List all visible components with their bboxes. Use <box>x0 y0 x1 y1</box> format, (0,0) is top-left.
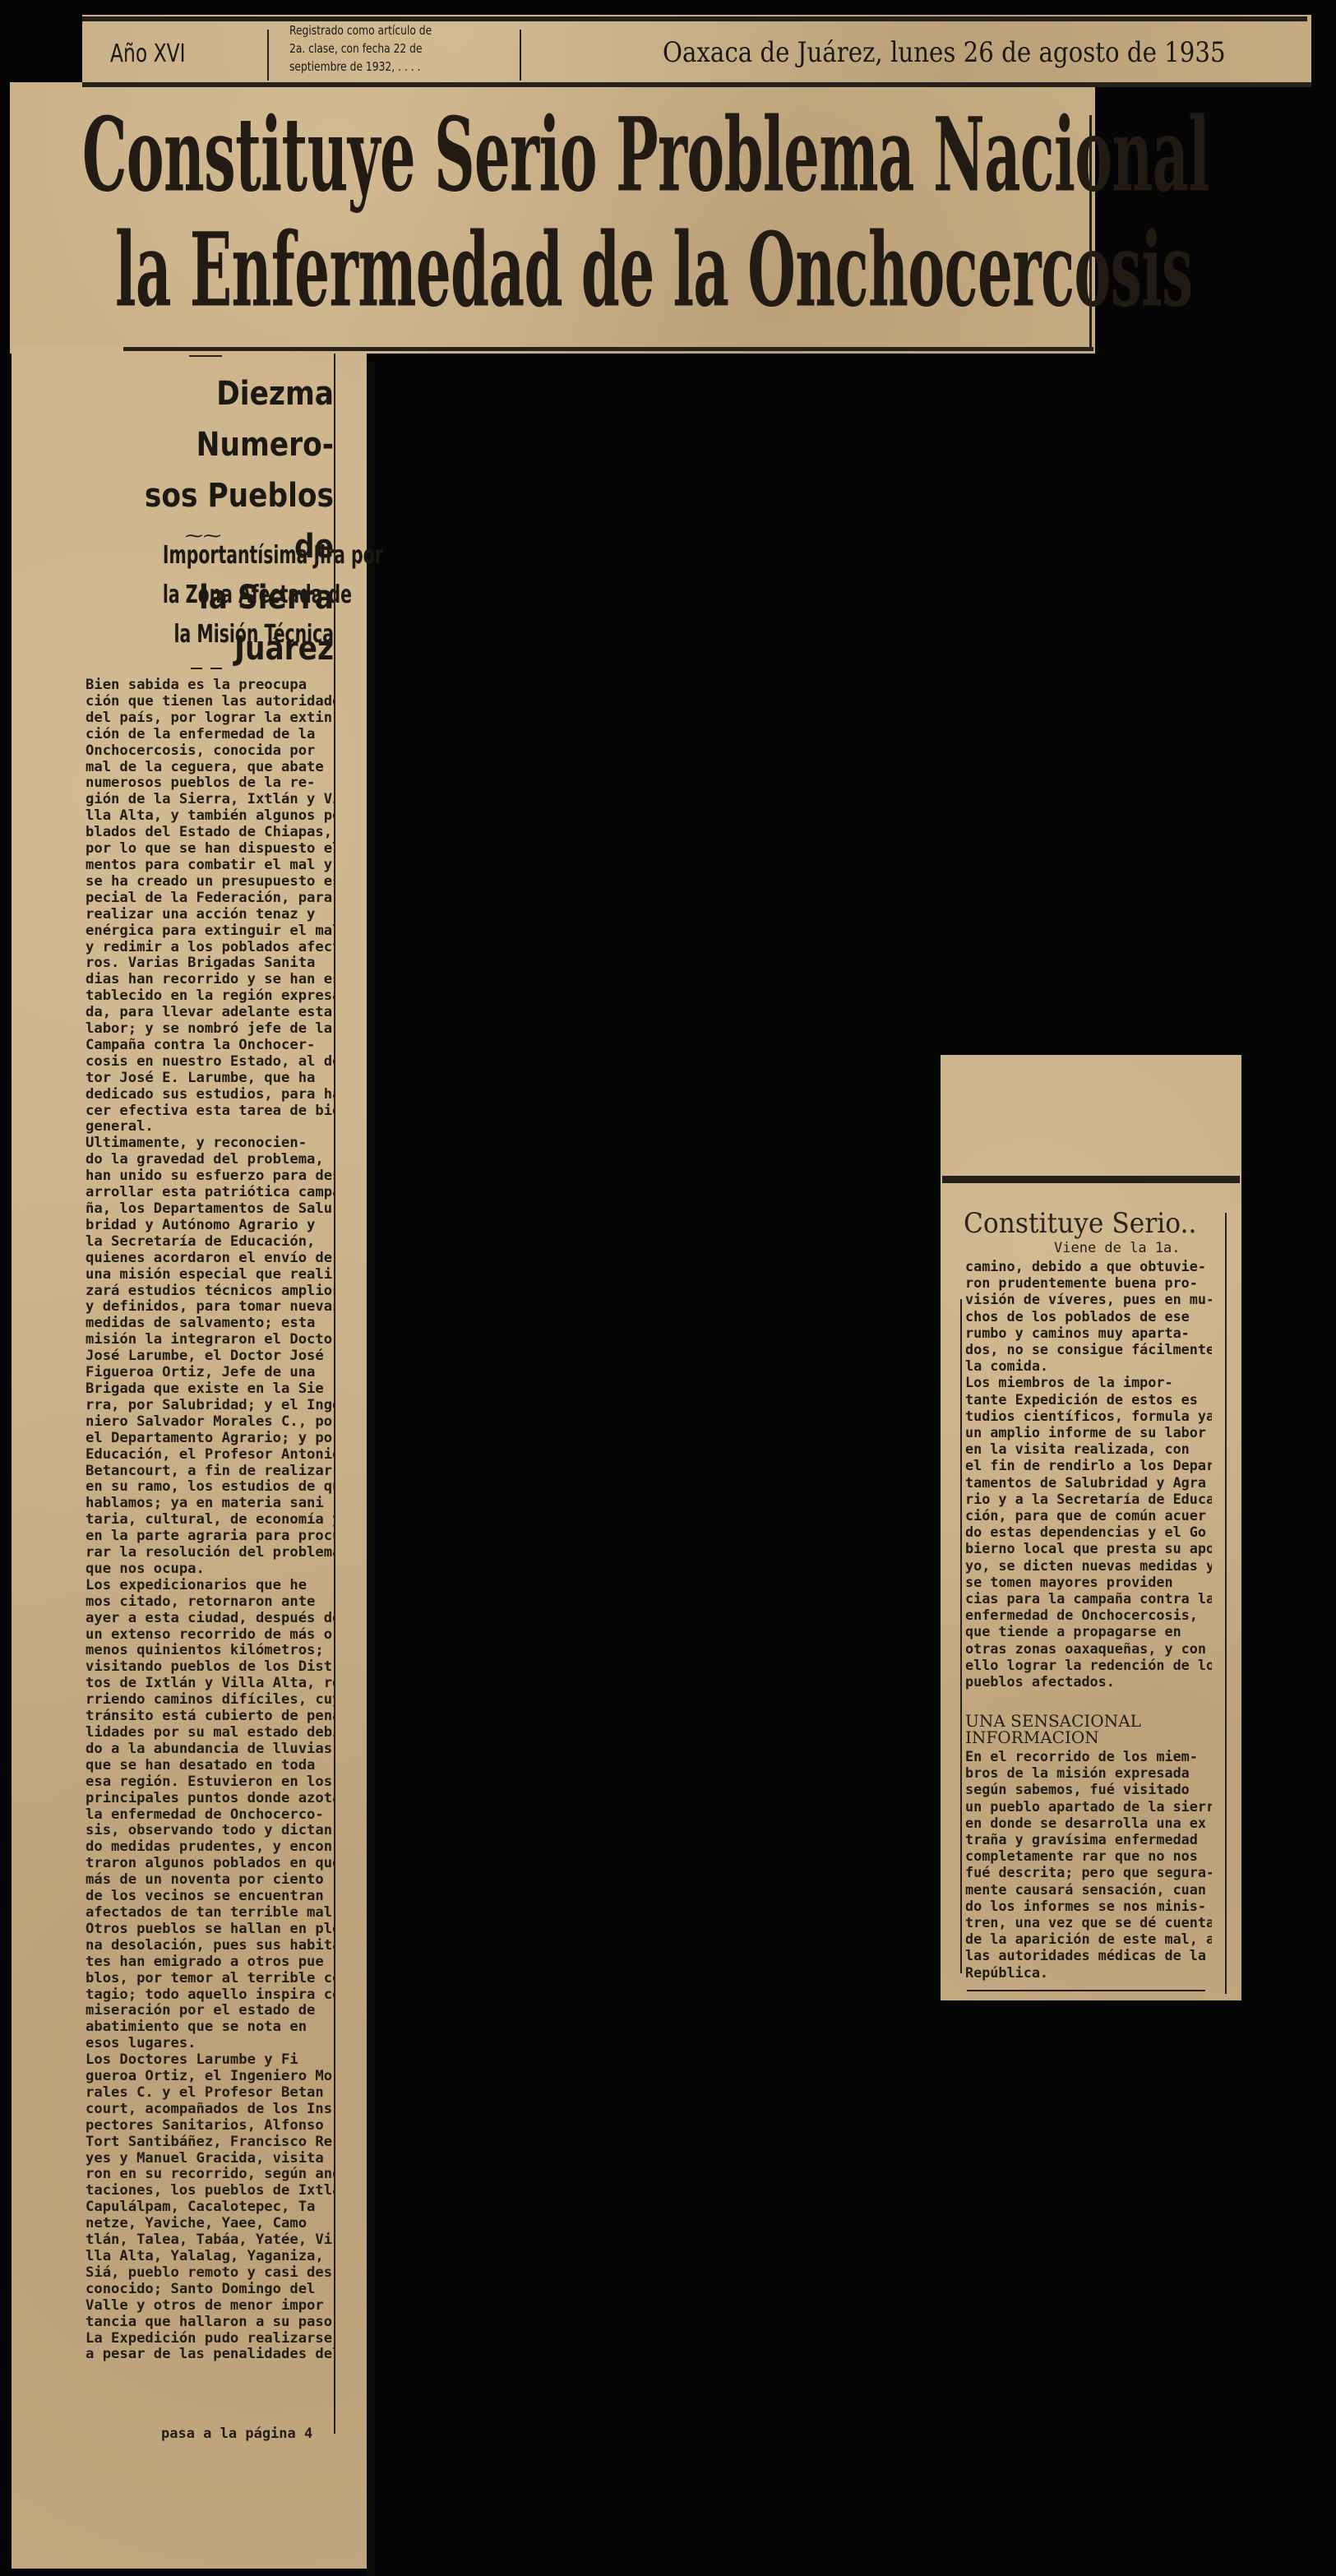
text-line: enfermedad de Onchocercosis, <box>965 1607 1212 1623</box>
text-line: en la visita realizada, con <box>965 1441 1212 1457</box>
text-line: visitando pueblos de los Distri <box>86 1659 334 1676</box>
registration-line: 2a. clase, con fecha 22 de <box>289 39 478 58</box>
text-line: tes han emigrado a otros pue <box>86 1954 334 1971</box>
text-line: netze, Yaviche, Yaee, Camo <box>86 2216 334 2232</box>
text-line: se ha creado un presupuesto es <box>86 874 334 890</box>
text-line: la comida. <box>965 1357 1212 1374</box>
text-line: de los vecinos se encuentran <box>86 1889 334 1905</box>
text-line: lla Alta, y también algunos po- <box>86 808 334 825</box>
text-line: arrollar esta patriótica campa- <box>86 1185 334 1201</box>
separator-dash <box>189 355 222 357</box>
text-line: yo, se dicten nuevas medidas y <box>965 1557 1212 1574</box>
text-line: tlán, Talea, Tabáa, Yatée, Vi <box>86 2232 334 2249</box>
text-line: niero Salvador Morales C., por <box>86 1414 334 1431</box>
masthead: Año XVI Registrado como artículo de 2a. … <box>82 15 1311 87</box>
text-line: ros. Varias Brigadas Sanita <box>86 955 334 972</box>
text-line: Capulálpam, Cacalotepec, Ta <box>86 2199 334 2216</box>
text-line: visión de víveres, pues en mu- <box>965 1291 1212 1307</box>
text-line: realizar una acción tenaz y <box>86 907 334 923</box>
masthead-divider <box>520 30 521 81</box>
masthead-bottom-rule <box>82 82 1311 87</box>
text-line: Tort Santibáñez, Francisco Re <box>86 2134 334 2151</box>
text-line: court, acompañados de los Ins <box>86 2102 334 2118</box>
text-line: cer efectiva esta tarea de bien <box>86 1103 334 1120</box>
text-line: han unido su esfuerzo para des <box>86 1168 334 1185</box>
jump-line: pasa a la página 4 <box>161 2426 312 2442</box>
text-line: mal de la ceguera, que abate <box>86 760 334 776</box>
subheadline-secondary: Importantísima Jira por la Zona Afectada… <box>82 536 334 654</box>
headline-line-2: la Enfermedad de la Onchocercosis <box>115 210 673 331</box>
text-line: blados del Estado de Chiapas, <box>86 825 334 841</box>
text-line: en su ramo, los estudios de que <box>86 1479 334 1496</box>
text-line: rar la resolución del problema <box>86 1545 334 1561</box>
text-line: Campaña contra la Onchocer- <box>86 1038 334 1054</box>
text-line: rumbo y caminos muy aparta- <box>965 1325 1212 1341</box>
text-line: en donde se desarrolla una ex <box>965 1815 1212 1831</box>
text-line: quienes acordaron el envío de <box>86 1251 334 1267</box>
continuation-subheading: UNA SENSACIONAL INFORMACION <box>965 1713 1141 1746</box>
text-line: República. <box>965 1964 1212 1981</box>
text-line: tagio; todo aquello inspira con <box>86 1987 334 2004</box>
continuation-side-rule <box>960 1299 962 1973</box>
text-line: enérgica para extinguir el mal <box>86 923 334 940</box>
text-line: chos de los poblados de ese <box>965 1308 1212 1325</box>
continuation-side-rule <box>1225 1213 1227 1994</box>
text-line: blos, por temor al terrible con <box>86 1971 334 1987</box>
headline-side-rule <box>1089 115 1092 349</box>
text-line: que nos ocupa. <box>86 1561 334 1578</box>
text-line: menos quinientos kilómetros; <box>86 1643 334 1659</box>
text-line: do la gravedad del problema, <box>86 1152 334 1168</box>
text-line: rales C. y el Profesor Betan <box>86 2085 334 2102</box>
text-line: ción que tienen las autoridades <box>86 694 334 710</box>
text-line: que tiende a propagarse en <box>965 1623 1212 1639</box>
text-line: principales puntos donde azota <box>86 1791 334 1807</box>
subheadline-line: Diezma Numero- <box>122 368 334 470</box>
column-rule <box>334 354 335 2434</box>
text-line: pectores Sanitarios, Alfonso <box>86 2118 334 2134</box>
text-line: camino, debido a que obtuvie- <box>965 1258 1212 1274</box>
text-line: taria, cultural, de economía y <box>86 1512 334 1528</box>
text-line: yes y Manuel Gracida, visita <box>86 2151 334 2167</box>
text-line: do los informes se nos minis- <box>965 1898 1212 1914</box>
text-line: del país, por lograr la extin- <box>86 710 334 727</box>
text-line: Brigada que existe en la Sie <box>86 1381 334 1398</box>
text-line: ción de la enfermedad de la <box>86 727 334 743</box>
text-line: Siá, pueblo remoto y casi des <box>86 2265 334 2282</box>
text-line: mentos para combatir el mal y <box>86 858 334 874</box>
main-headline: Constituye Serio Problema Nacional la En… <box>82 95 1093 325</box>
subheadline-line: la Zona Afectada de <box>163 576 334 615</box>
subheading-line: UNA SENSACIONAL <box>965 1713 1141 1729</box>
text-line: dedicado sus estudios, para ha <box>86 1087 334 1103</box>
text-line: las autoridades médicas de la <box>965 1947 1212 1963</box>
subheadline-line: la Misión Técnica <box>163 615 334 654</box>
text-line: taciones, los pueblos de Ixtlán, <box>86 2183 334 2199</box>
continuation-bottom-rule <box>967 1990 1205 1991</box>
text-line: tos de Ixtlán y Villa Alta, reco <box>86 1676 334 1692</box>
text-line: na desolación, pues sus habitan <box>86 1938 334 1954</box>
continued-from-label: Viene de la 1a. <box>1054 1240 1181 1256</box>
text-line: tren, una vez que se dé cuenta <box>965 1914 1212 1931</box>
registration-line: Registrado como artículo de <box>289 21 478 39</box>
text-line: da, para llevar adelante esta <box>86 1005 334 1021</box>
text-line: de la aparición de este mal, a <box>965 1931 1212 1947</box>
masthead-top-rule <box>82 16 1307 21</box>
text-line: Educación, el Profesor Antonio <box>86 1447 334 1464</box>
continuation-title: Constituye Serio.. <box>964 1207 1196 1240</box>
text-line: numerosos pueblos de la re- <box>86 775 334 792</box>
text-line: un pueblo apartado de la sierra <box>965 1798 1212 1815</box>
text-line: medidas de salvamento; esta <box>86 1316 334 1332</box>
text-line: Los miembros de la impor- <box>965 1374 1212 1390</box>
text-line: lla Alta, Yalalag, Yaganiza, <box>86 2249 334 2265</box>
text-line: La Expedición pudo realizarse <box>86 2331 334 2347</box>
text-line: bros de la misión expresada <box>965 1764 1212 1781</box>
text-line: el fin de rendirlo a los Depar- <box>965 1457 1212 1473</box>
text-line: traña y gravísima enfermedad <box>965 1831 1212 1848</box>
clipping-edge-shadow <box>367 362 375 2576</box>
text-line: ña, los Departamentos de Salu <box>86 1201 334 1218</box>
masthead-divider <box>267 30 269 81</box>
text-line: según sabemos, fué visitado <box>965 1781 1212 1797</box>
text-line: tamentos de Salubridad y Agra <box>965 1474 1212 1491</box>
text-line: tor José E. Larumbe, que ha <box>86 1071 334 1087</box>
text-line: una misión especial que reali <box>86 1267 334 1283</box>
text-line: tránsito está cubierto de pena <box>86 1709 334 1725</box>
text-line: ron en su recorrido, según ano <box>86 2167 334 2183</box>
text-line: ello lograr la redención de los <box>965 1657 1212 1673</box>
text-line: a pesar de las penalidades del <box>86 2347 334 2363</box>
text-line: bridad y Autónomo Agrario y <box>86 1218 334 1234</box>
text-line: miseración por el estado de <box>86 2003 334 2019</box>
text-line: esa región. Estuvieron en los <box>86 1774 334 1791</box>
registration-note: Registrado como artículo de 2a. clase, c… <box>289 21 478 76</box>
headline-bottom-rule <box>123 347 1093 351</box>
text-line: en la parte agraria para procu <box>86 1528 334 1545</box>
continuation-body: camino, debido a que obtuvie-ron prudent… <box>965 1258 1212 1690</box>
text-line: y redimir a los poblados afecta <box>86 940 334 956</box>
text-line: do estas dependencias y el Go <box>965 1524 1212 1540</box>
text-line: por lo que se han dispuesto ele <box>86 841 334 858</box>
text-line: Bien sabida es la preocupa <box>86 678 334 694</box>
text-line: rra, por Salubridad; y el Inge <box>86 1398 334 1414</box>
text-line: que se han desatado en toda <box>86 1758 334 1774</box>
text-line: un extenso recorrido de más o <box>86 1627 334 1644</box>
text-line: abatimiento que se nota en <box>86 2019 334 2036</box>
text-line: Figueroa Ortiz, Jefe de una <box>86 1365 334 1381</box>
year-label: Año XVI <box>110 39 186 68</box>
text-line: la enfermedad de Onchocerco- <box>86 1807 334 1824</box>
text-line: gueroa Ortiz, el Ingeniero Mo <box>86 2069 334 2085</box>
text-line: la Secretaría de Educación, <box>86 1234 334 1251</box>
text-line: hablamos; ya en materia sani <box>86 1496 334 1512</box>
dateline: Oaxaca de Juárez, lunes 26 de agosto de … <box>663 36 1226 69</box>
article-body: Bien sabida es la preocupación que tiene… <box>86 678 334 2363</box>
text-line: Betancourt, a fin de realizar <box>86 1464 334 1480</box>
text-line: otras zonas oaxaqueñas, y con <box>965 1640 1212 1657</box>
text-line: Valle y otros de menor impor <box>86 2298 334 2315</box>
text-line: general. <box>86 1119 334 1135</box>
text-line: Otros pueblos se hallan en ple <box>86 1922 334 1938</box>
text-line: conocido; Santo Domingo del <box>86 2282 334 2298</box>
text-line: rio y a la Secretaría de Educa- <box>965 1491 1212 1507</box>
text-line: dias han recorrido y se han es- <box>86 972 334 988</box>
text-line: pecial de la Federación, para <box>86 890 334 907</box>
text-line: y definidos, para tomar nuevas <box>86 1299 334 1316</box>
text-line: misión la integraron el Doctor <box>86 1332 334 1348</box>
text-line: tancia que hallaron a su paso. <box>86 2315 334 2331</box>
text-line: ayer a esta ciudad, después de <box>86 1611 334 1627</box>
text-line: completamente rar que no nos <box>965 1848 1212 1864</box>
text-line: Los Doctores Larumbe y Fi <box>86 2052 334 2069</box>
text-line: lidades por su mal estado debi <box>86 1725 334 1741</box>
text-line: ron prudentemente buena pro- <box>965 1274 1212 1291</box>
text-line: dos, no se consigue fácilmente <box>965 1341 1212 1357</box>
text-line: rriendo caminos difíciles, cuyo <box>86 1692 334 1709</box>
text-line: tablecido en la región expresa <box>86 988 334 1005</box>
separator-dash <box>191 668 202 669</box>
headline-line-1: Constituye Serio Problema Nacional <box>82 95 668 215</box>
text-line: sis, observando todo y dictan <box>86 1823 334 1839</box>
text-line: labor; y se nombró jefe de la <box>86 1021 334 1038</box>
text-line: más de un noventa por ciento <box>86 1872 334 1889</box>
text-line: ción, para que de común acuer <box>965 1507 1212 1524</box>
subheadline-line: Importantísima Jira por <box>163 536 334 576</box>
text-line: José Larumbe, el Doctor José <box>86 1348 334 1365</box>
text-line: gión de la Sierra, Ixtlán y Vi <box>86 792 334 808</box>
text-line: Onchocercosis, conocida por <box>86 743 334 760</box>
registration-line: septiembre de 1932, . . . . <box>289 58 478 76</box>
text-line: mente causará sensación, cuan <box>965 1881 1212 1898</box>
text-line: el Departamento Agrario; y por <box>86 1431 334 1447</box>
text-line: zará estudios técnicos amplios <box>86 1283 334 1300</box>
text-line: Ultimamente, y reconocien- <box>86 1135 334 1152</box>
text-line: mos citado, retornaron ante <box>86 1594 334 1611</box>
text-line: un amplio informe de su labor <box>965 1424 1212 1441</box>
text-line: fué descrita; pero que segura- <box>965 1864 1212 1880</box>
subheading-line: INFORMACION <box>965 1729 1141 1746</box>
text-line: tudios científicos, formula ya <box>965 1408 1212 1424</box>
text-line: cosis en nuestro Estado, al doc <box>86 1054 334 1071</box>
text-line: esos lugares. <box>86 2036 334 2052</box>
text-line: cias para la campaña contra la <box>965 1590 1212 1607</box>
text-line: do a la abundancia de lluvias, <box>86 1741 334 1758</box>
text-line: En el recorrido de los miem- <box>965 1748 1212 1764</box>
text-line: pueblos afectados. <box>965 1673 1212 1690</box>
continuation-body-2: En el recorrido de los miem-bros de la m… <box>965 1748 1212 1981</box>
text-line: do medidas prudentes, y encon <box>86 1839 334 1856</box>
text-line: afectados de tan terrible mal. <box>86 1905 334 1922</box>
separator-dash <box>210 668 222 669</box>
text-line: bierno local que presta su apo <box>965 1540 1212 1556</box>
text-line: se tomen mayores providen <box>965 1574 1212 1590</box>
text-line: Los expedicionarios que he <box>86 1578 334 1594</box>
text-line: tante Expedición de estos es <box>965 1391 1212 1408</box>
continuation-top-rule <box>942 1176 1240 1183</box>
text-line: traron algunos poblados en que <box>86 1856 334 1872</box>
